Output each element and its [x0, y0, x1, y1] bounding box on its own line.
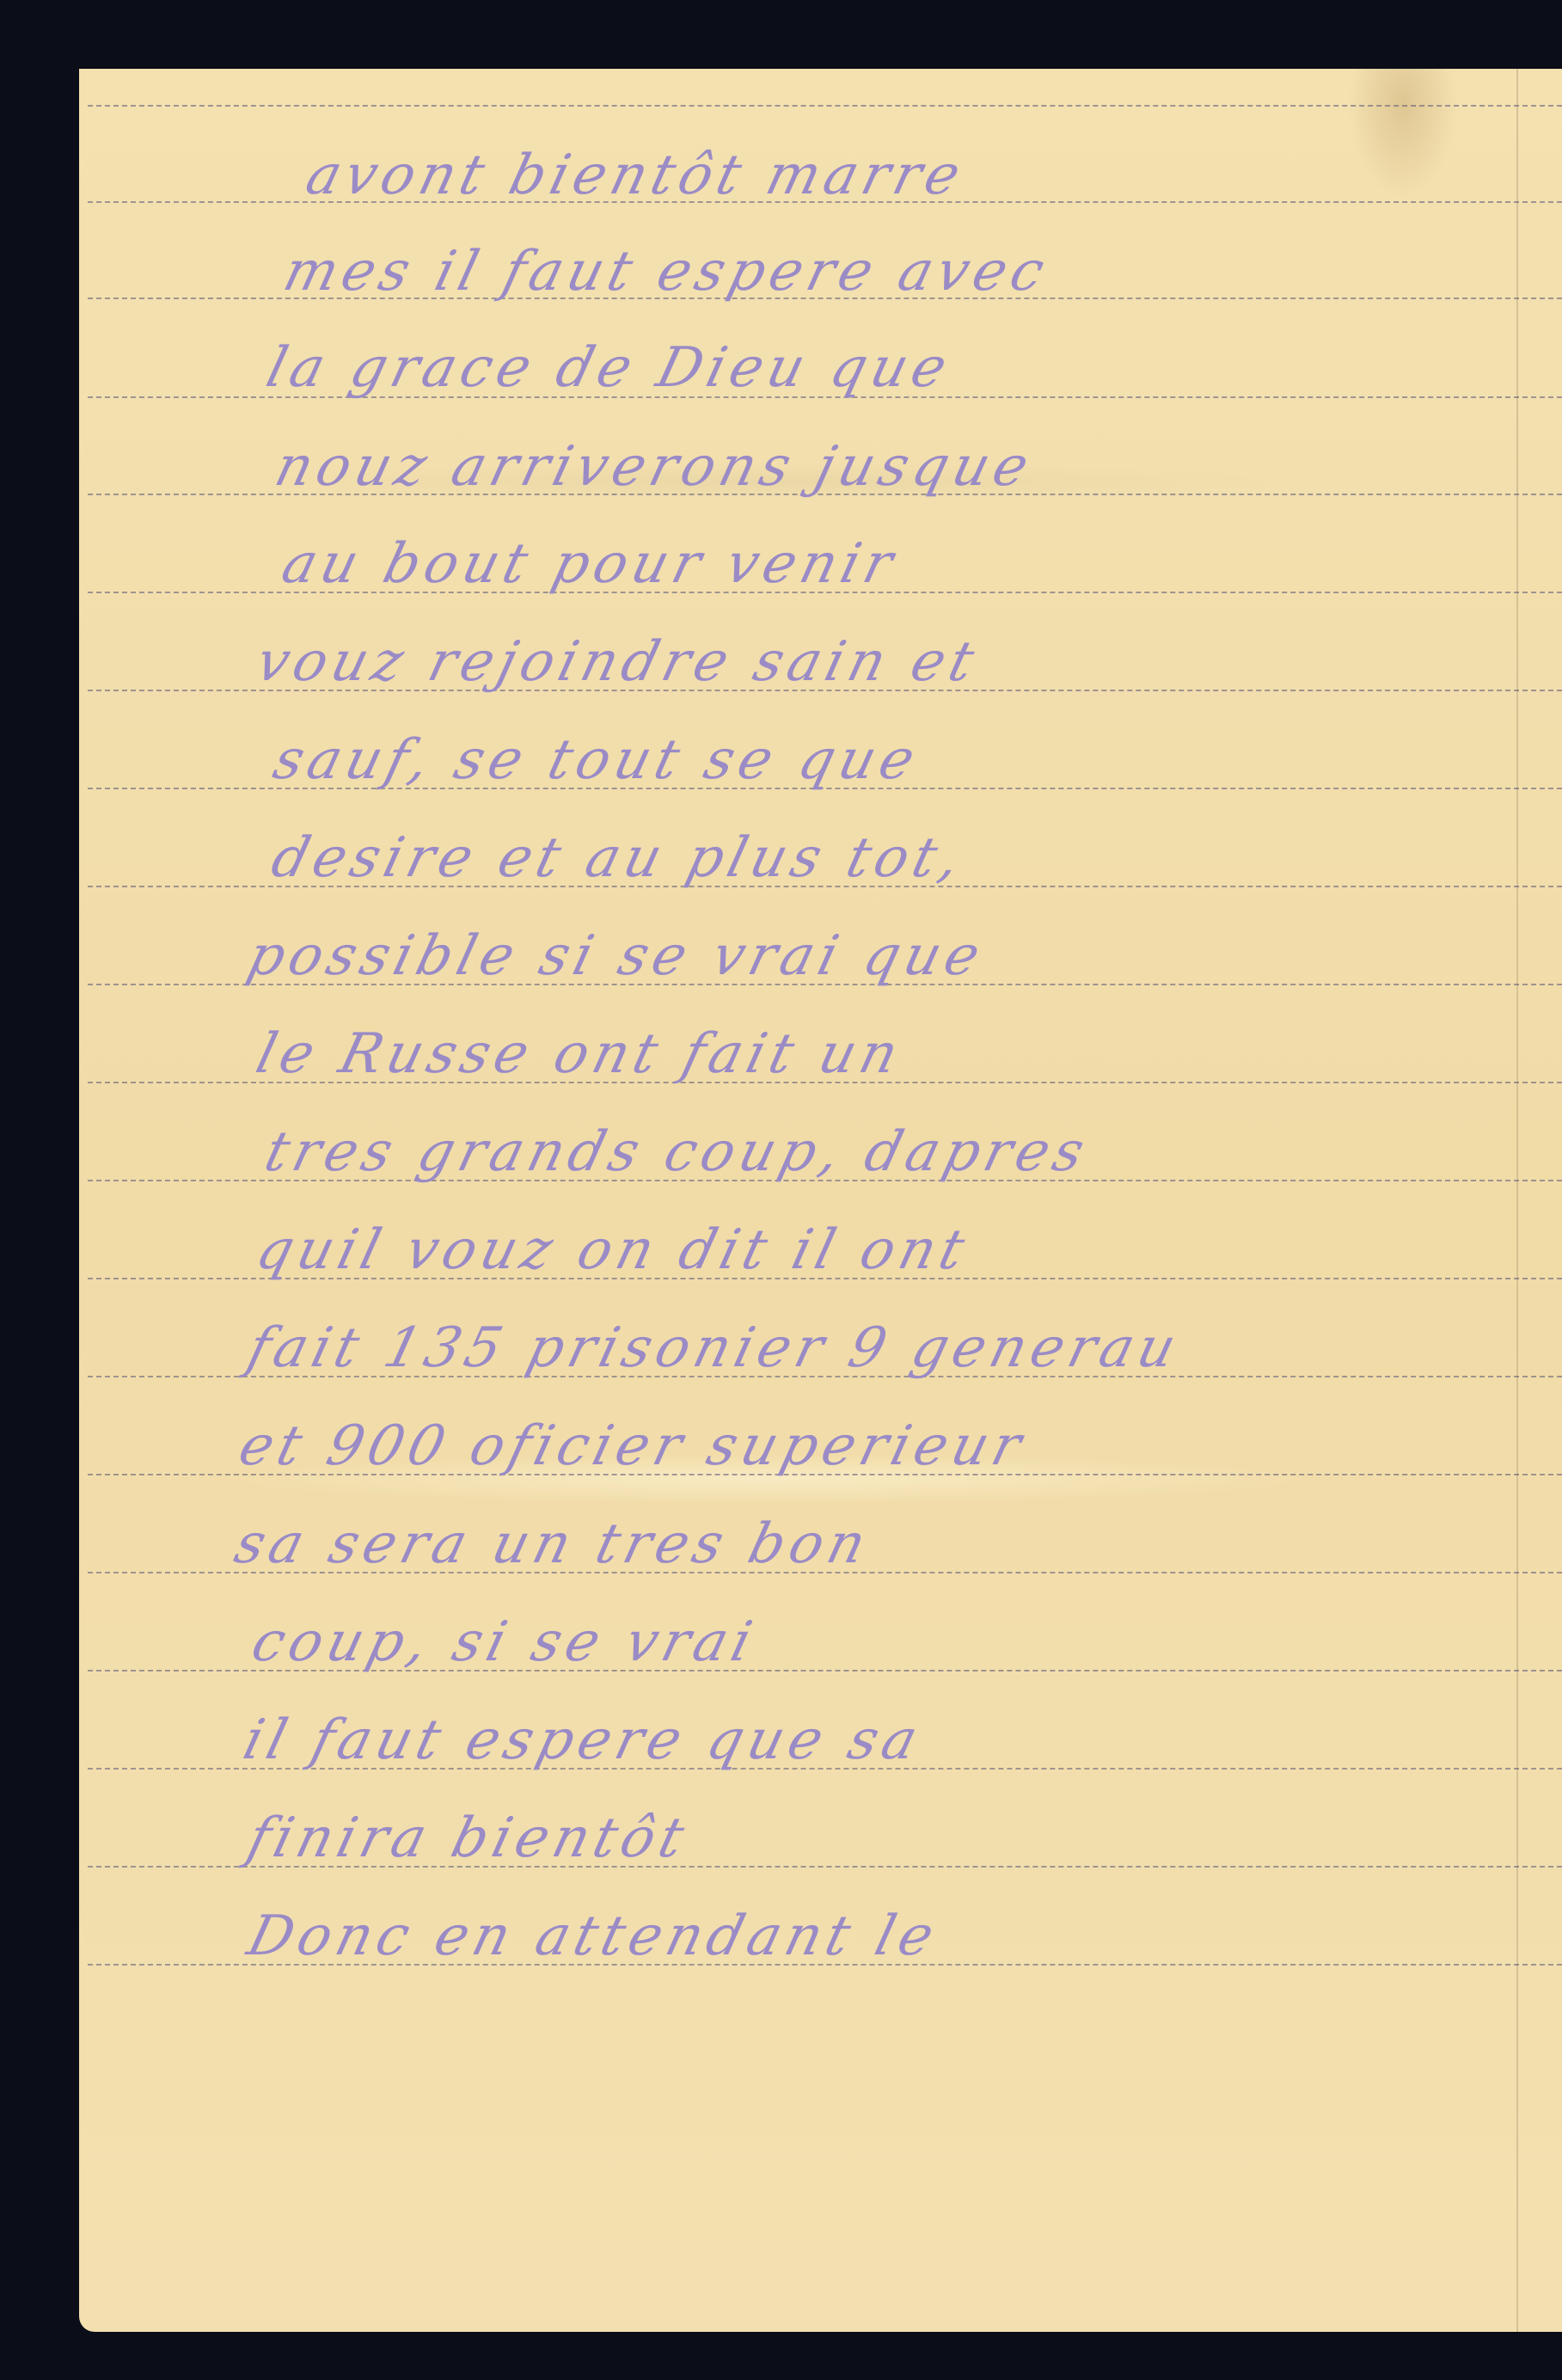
handwritten-line: au bout pour venir	[277, 537, 1562, 592]
handwritten-line: le Russe ont fait un	[251, 1027, 1562, 1082]
handwritten-line: sa sera un tres bon	[230, 1517, 1562, 1572]
handwritten-line: fait 135 prisonier 9 generau	[242, 1321, 1562, 1376]
handwritten-line: sauf, se tout se que	[268, 733, 1562, 788]
ruled-line	[88, 105, 1562, 107]
handwritten-line: Donc en attendant le	[242, 1909, 1562, 1964]
handwritten-line: il faut espere que sa	[238, 1713, 1562, 1768]
handwritten-line: possible si se vrai que	[242, 929, 1562, 984]
handwritten-line: et 900 oficier superieur	[234, 1419, 1562, 1474]
handwritten-line: mes il faut espere avec	[279, 244, 1562, 299]
handwritten-line: desire et au plus tot,	[266, 831, 1562, 886]
vertical-fold-crease	[1516, 69, 1518, 2332]
handwritten-line: la grace de Dieu que	[261, 340, 1562, 396]
handwritten-line: quil vouz on dit il ont	[251, 1223, 1562, 1278]
handwritten-line: nouz arriverons jusque	[270, 439, 1562, 494]
handwritten-line: coup, si se vrai	[247, 1615, 1562, 1670]
letter-page: avont bientôt marre mes il faut espere a…	[79, 69, 1562, 2332]
handwritten-line: vouz rejoindre sain et	[251, 635, 1562, 690]
handwritten-line: avont bientôt marre	[301, 148, 1562, 203]
handwritten-line: tres grands coup, dapres	[260, 1125, 1562, 1180]
handwritten-line: finira bientôt	[242, 1811, 1562, 1866]
ruled-line	[88, 1964, 1562, 1966]
